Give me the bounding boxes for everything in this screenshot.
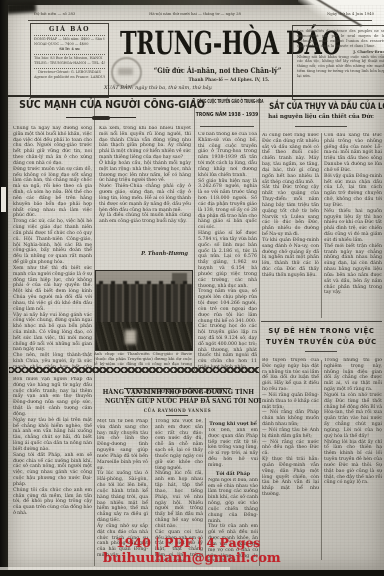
- column-rule: [321, 360, 322, 560]
- headline-workers-line1: HÀNG VẠN LÍNH THỢ ĐÔNG-DƯƠNG TÌNH: [103, 388, 253, 396]
- motto-reference: Thanh Phao-lồ — Ad Ephes. IV, 15.: [170, 77, 288, 82]
- photo-foliage: [96, 322, 192, 350]
- group-photo: [95, 270, 193, 351]
- quote-vietnamese: Những nỗi khó khăn trong cuộc sinh tồn c…: [297, 55, 384, 79]
- edition-date: Ngày thứ ba 4 Juin 1940: [298, 12, 374, 17]
- quote-attribution: J. Charles-Brun: [297, 50, 384, 54]
- publisher-stamp: [111, 57, 142, 88]
- workers-left-column: Bốn mươi vạn người Pháp đã đứng vào hàng…: [13, 377, 92, 564]
- price-box: GIÁ BÁO ĐÔNG-PHÁP — Mỗi năm: 4$00 — Sáu …: [30, 23, 109, 98]
- headline-propaganda-line2: TUYÊN TRUYỀN CỦA ĐỨC: [264, 337, 379, 346]
- propaganda-column-1: Bộ tuyên truyền của Đức ngày ngày bịa đặ…: [262, 358, 319, 560]
- rule-under-byline: [166, 415, 188, 416]
- divider: [34, 68, 105, 69]
- photo-figures: [96, 284, 192, 325]
- photo-caption: Ảnh chụp các Thanh-niên Công-giáo ở Bavi…: [94, 352, 192, 367]
- workers-subhead-2: Tới đất Pháp: [208, 471, 258, 477]
- rule-above-propaganda: [261, 321, 382, 322]
- headline-strength: SỨC MẠNH CỦA NGƯỜI CÔNG-GIÁO: [19, 99, 183, 111]
- column-rule: [259, 98, 260, 566]
- scan-edge-left: [0, 0, 8, 576]
- price-line: TÉLÉG.: TRUNGHOA-HANOI — TÉL. 45: [34, 61, 105, 66]
- price-line: Agence de publicité en France: LARDUS ET…: [34, 75, 105, 80]
- column-rule: [321, 133, 322, 318]
- quote-box: Les difficultés d'existence des peuples …: [292, 25, 384, 100]
- headline-propaganda-line1: SỰ ĐÊ HÈN TRONG VIỆC: [264, 326, 379, 335]
- iron-oil-column-1: Ai cũng biết rằng nước Đức cần dùng rất …: [262, 133, 319, 318]
- photo-highlight: [125, 330, 136, 344]
- workers-column-3a: Tới bến, anh em được quan dân Pháp tiếp …: [208, 428, 258, 469]
- rule-under-iron-subtitle: [295, 126, 347, 127]
- strength-column-2: Kìa xem, trong khi bao nhiêu thuyết mới …: [99, 126, 191, 249]
- headline-iron-oil: SẮT CỦA THỤY VÀ DẦU CỦA LỖ: [269, 101, 373, 111]
- workers-byline: CỦA RAYMOND VANNES: [97, 408, 258, 413]
- publish-schedule: XUẤT BẢN: ngày thứ ba, thứ năm, thứ bảy.: [104, 85, 244, 91]
- edition-center: Hà-nội năm thứ mười hai — tháng tư — ngà…: [120, 12, 270, 17]
- propaganda-column-2: Trong những thì giờ nghiêm trọng này, nh…: [324, 358, 382, 560]
- workers-subhead-1: Trong khi vượt bể: [208, 421, 258, 427]
- rule-masthead-bottom: [8, 95, 384, 97]
- iron-oil-column-2: Còn dầu xăng thì Đức phải trông vào nhữn…: [324, 133, 382, 318]
- price-box-title: GIÁ BÁO: [34, 26, 105, 33]
- edition-number: Đệ-bát niên — số 283: [34, 12, 124, 17]
- divider: [34, 35, 105, 36]
- newspaper-scan-page: Đệ-bát niên — số 283 Hà-nội năm thứ mười…: [0, 0, 384, 576]
- strength-column-1: Chúng ta ngày nay đương sống giữa một th…: [13, 126, 92, 367]
- motto: “Giữ đức Ái-nhân, noi theo Chân-lý”: [154, 66, 280, 75]
- article-signature: P. Thanh-Hương: [110, 251, 188, 257]
- price-line: Số lẻ: 4 xu: [34, 47, 105, 52]
- scan-edge-bottom: [0, 570, 384, 576]
- zigzag-divider: [9, 367, 259, 373]
- headline-missions-line2: TRONG NĂM 1938 - 1939: [187, 112, 267, 118]
- headline-workers-line2: NGUYỆN GIÚP NƯỚC PHÁP ĐÃ SANG TỚI NƠI: [105, 397, 250, 405]
- divider-ornament: [66, 114, 136, 121]
- rule-under-propaganda: [305, 351, 337, 352]
- newspaper-title: TRUNG-HÒA BÁO: [120, 25, 272, 62]
- rule-under-edition: [28, 20, 372, 21]
- quote-french: Les difficultés d'existence des peuples …: [297, 29, 384, 49]
- watermark-email: buihuuhanh@gmail.com: [103, 551, 281, 566]
- missions-column: Cứ bản thống kê của Tòa Khâm-sứ vừa công…: [198, 132, 257, 371]
- rule-under-missions-headline: [200, 126, 254, 127]
- divider: [34, 54, 105, 55]
- watermark-year-line: 1940 | PDF | 4 Pages: [116, 535, 260, 550]
- ink-stain: [6, 1, 37, 14]
- iron-oil-subtitle: hai nguyên liệu cần thiết của Đức: [260, 114, 382, 120]
- headline-missions-line1: CÔNG CUỘC TRUYỀN GIÁO Ở TRUNG-HOA: [197, 100, 257, 105]
- scan-edge-notch: [1, 187, 6, 212]
- column-rule: [194, 98, 195, 371]
